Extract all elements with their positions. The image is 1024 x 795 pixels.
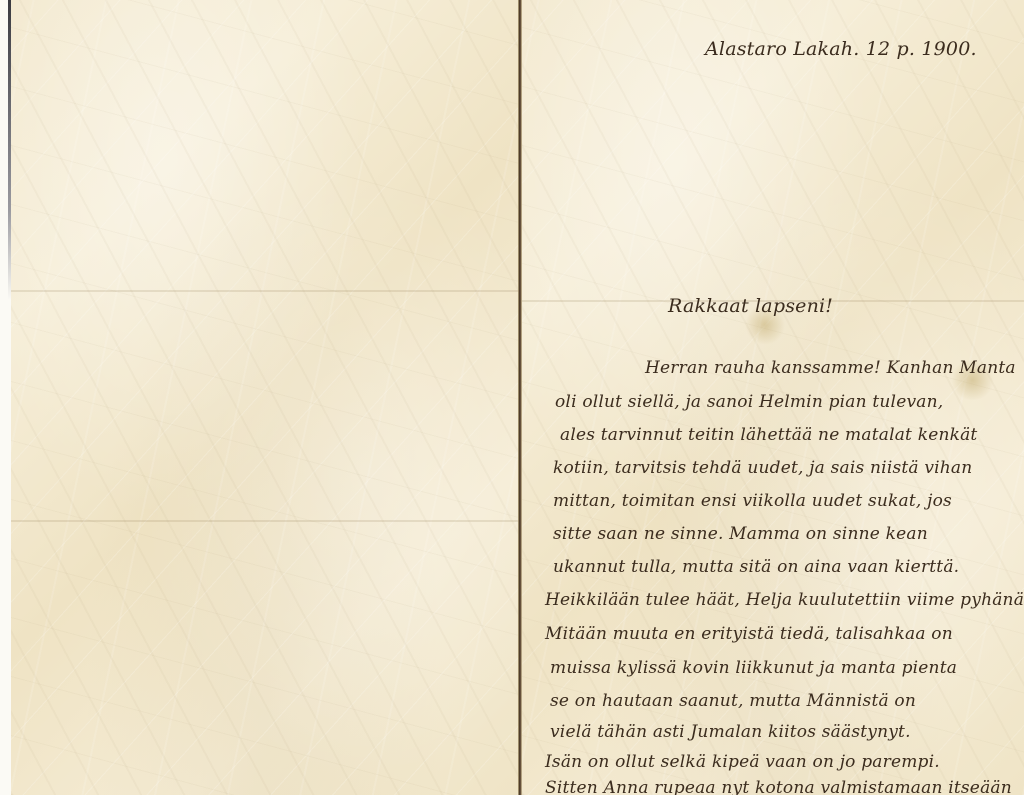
letter-line: Sitten Anna rupeaa nyt kotona valmistama…	[545, 778, 1012, 795]
scanned-letter: Alastaro Lakah. 12 p. 1900. Rakkaat laps…	[0, 0, 1024, 795]
letter-line: kotiin, tarvitsis tehdä uudet, ja sais n…	[553, 458, 972, 478]
letter-line: Herran rauha kanssamme! Kanhan Manta	[645, 358, 1016, 378]
fold-crease	[11, 520, 519, 522]
letter-line: ales tarvinnut teitin lähettää ne matala…	[560, 425, 977, 445]
fold-crease	[11, 290, 519, 292]
left-page-blank	[11, 0, 519, 795]
letter-line: sitte saan ne sinne. Mamma on sinne kean	[553, 524, 928, 544]
letter-line: oli ollut siellä, ja sanoi Helmin pian t…	[555, 392, 943, 412]
center-fold	[518, 0, 522, 795]
letter-greeting: Rakkaat lapseni!	[668, 295, 833, 317]
letter-line: Isän on ollut selkä kipeä vaan on jo par…	[545, 752, 940, 772]
letter-line: muissa kylissä kovin liikkunut ja manta …	[550, 658, 957, 678]
letter-line: se on hautaan saanut, mutta Männistä on	[550, 691, 916, 711]
letter-line: Heikkilään tulee häät, Helja kuulutettii…	[545, 590, 1024, 610]
letter-line: ukannut tulla, mutta sitä on aina vaan k…	[553, 557, 959, 577]
letter-line: Mitään muuta en erityistä tiedä, talisah…	[545, 624, 953, 644]
letter-line: mittan, toimitan ensi viikolla uudet suk…	[553, 491, 952, 511]
letter-dateline: Alastaro Lakah. 12 p. 1900.	[705, 38, 977, 60]
letter-line: vielä tähän asti Jumalan kiitos säästyny…	[550, 722, 911, 742]
